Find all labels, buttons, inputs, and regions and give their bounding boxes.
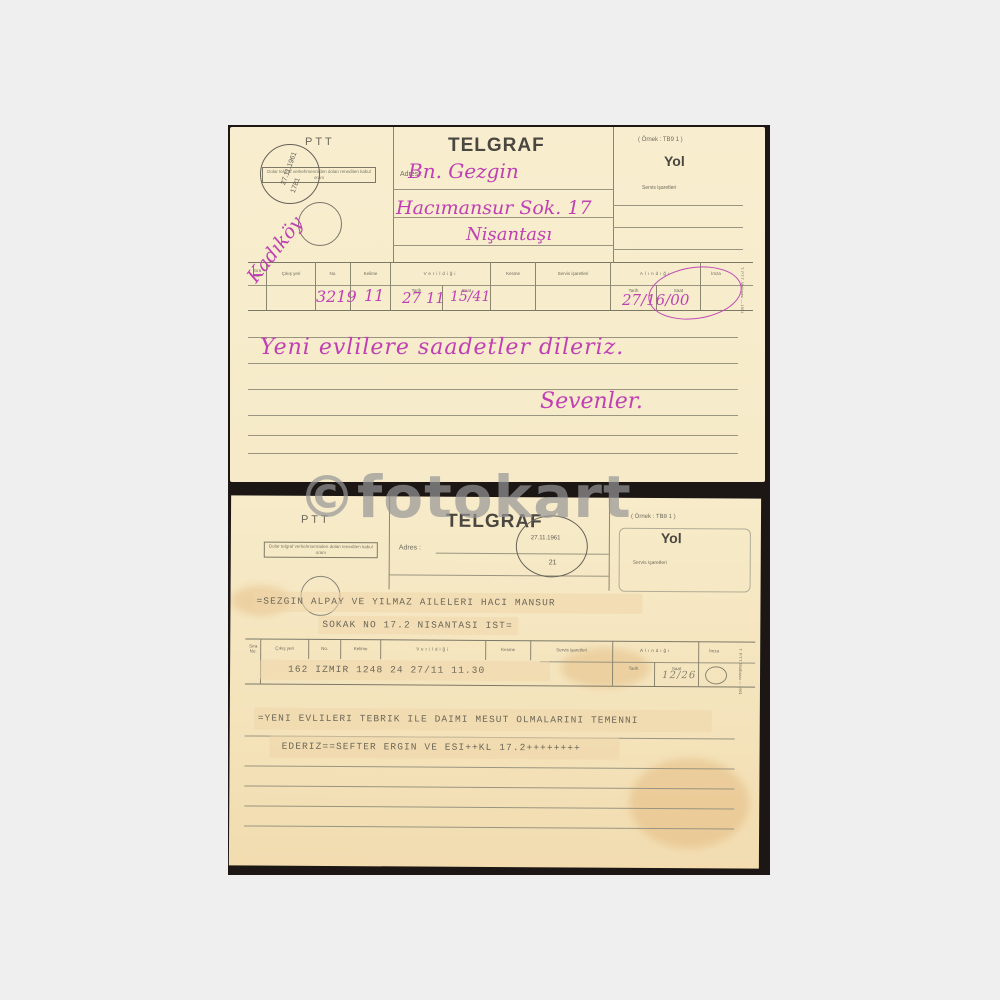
th-kesme: Kesme: [486, 647, 530, 652]
service-line: [613, 227, 743, 228]
telegram-card-top: PTT Dolar telgraf verkehrsenraden dolan …: [230, 127, 765, 482]
th-alindi-tarih: Tarih: [613, 666, 654, 671]
table-col: [390, 262, 391, 310]
th-cikis-yeri: Çıkış yeri: [267, 271, 315, 276]
th-kelime: Kelime: [351, 271, 390, 276]
typed-message-line-1: =YENI EVLILERI TEBRIK ILE DAIMI MESUT OL…: [258, 713, 639, 726]
th-servis: Servis işaretleri: [531, 647, 612, 652]
th-sira-no: Sıra No.: [246, 643, 260, 653]
th-verildigi: Verildiği: [381, 646, 485, 652]
address-label: Adres :: [399, 544, 421, 551]
th-kelime: Kelime: [341, 646, 380, 651]
address-line: [389, 574, 609, 576]
message-line: [248, 453, 738, 454]
received-time: 12/26: [662, 670, 696, 681]
yol-label: Yol: [664, 153, 685, 169]
message-line: [248, 389, 738, 390]
th-servis: Servis işaretleri: [536, 271, 610, 276]
th-alindigi: Alındığı: [613, 648, 698, 654]
service-line: [613, 205, 743, 206]
ptt-label: PTT: [305, 136, 335, 148]
service-box: [619, 528, 751, 593]
form-print-code: T. P.T.T. Matbaası — 1961: [740, 267, 745, 447]
instruction-box: Dolar telgraf verkehrsenraden dolan rene…: [264, 542, 378, 559]
initials-mark: [705, 666, 727, 684]
th-no: No.: [309, 646, 340, 651]
service-notes-label: Servis işaretleri: [642, 185, 676, 191]
message-line: [248, 363, 738, 364]
postmark-date: 27.11.1961: [531, 535, 561, 541]
recipient-name: Bn. Gezgin: [408, 159, 519, 183]
message-line: [248, 415, 738, 416]
group-label: ( Örnek : TB9 1 ): [638, 137, 683, 143]
typed-message-line-2: EDERIZ==SEFTER ERGIN VE ESI++KL 17.2++++…: [282, 741, 581, 754]
time-handwritten: 15/41: [450, 289, 490, 305]
table-bottom-border: [245, 683, 755, 687]
group-label: ( Örnek : TB9 1 ): [631, 514, 676, 520]
divider: [613, 127, 614, 262]
message-handwritten: Yeni evlilere saadetler dileriz.: [260, 335, 624, 360]
typed-address-line-2: SOKAK NO 17.2 NISANTASI IST=: [322, 619, 513, 631]
telegraph-title: TELGRAF: [448, 135, 545, 157]
number-handwritten: 3219: [316, 287, 357, 306]
telegram-card-bottom: PTT Dolar telgraf verkehrsenraden dolan …: [229, 495, 761, 868]
typed-transmission-row: 162 IZMIR 1248 24 27/11 11.30: [288, 664, 485, 676]
table-top-border: [245, 638, 755, 642]
postmark-number: 21: [549, 559, 557, 566]
words-handwritten: 11: [364, 286, 384, 305]
message-line: [248, 435, 738, 436]
signature-handwritten: Sevenler.: [540, 389, 643, 414]
th-imza: İmza: [699, 648, 729, 653]
typed-address-line-1: =SEZGIN ALPAY VE YILMAZ AILELERI HACI MA…: [256, 596, 555, 609]
table-top-border: [248, 262, 753, 263]
table-col: [610, 262, 611, 310]
address-line: [393, 189, 613, 190]
address-line-2: Nişantaşı: [466, 224, 552, 245]
table-col: [535, 262, 536, 310]
stain: [629, 758, 750, 849]
divider: [393, 127, 394, 262]
address-line: [393, 245, 613, 246]
th-kesme: Kesme: [491, 271, 535, 276]
th-no: No.: [316, 271, 350, 276]
date-handwritten: 27 11: [402, 289, 445, 307]
th-cikis-yeri: Çıkış yeri: [261, 646, 308, 651]
service-line: [613, 249, 743, 250]
watermark: ©fotokart: [298, 463, 632, 531]
address-line-1: Hacımansur Sok. 17: [396, 197, 592, 219]
th-verildigi: Verildiği: [391, 271, 490, 276]
